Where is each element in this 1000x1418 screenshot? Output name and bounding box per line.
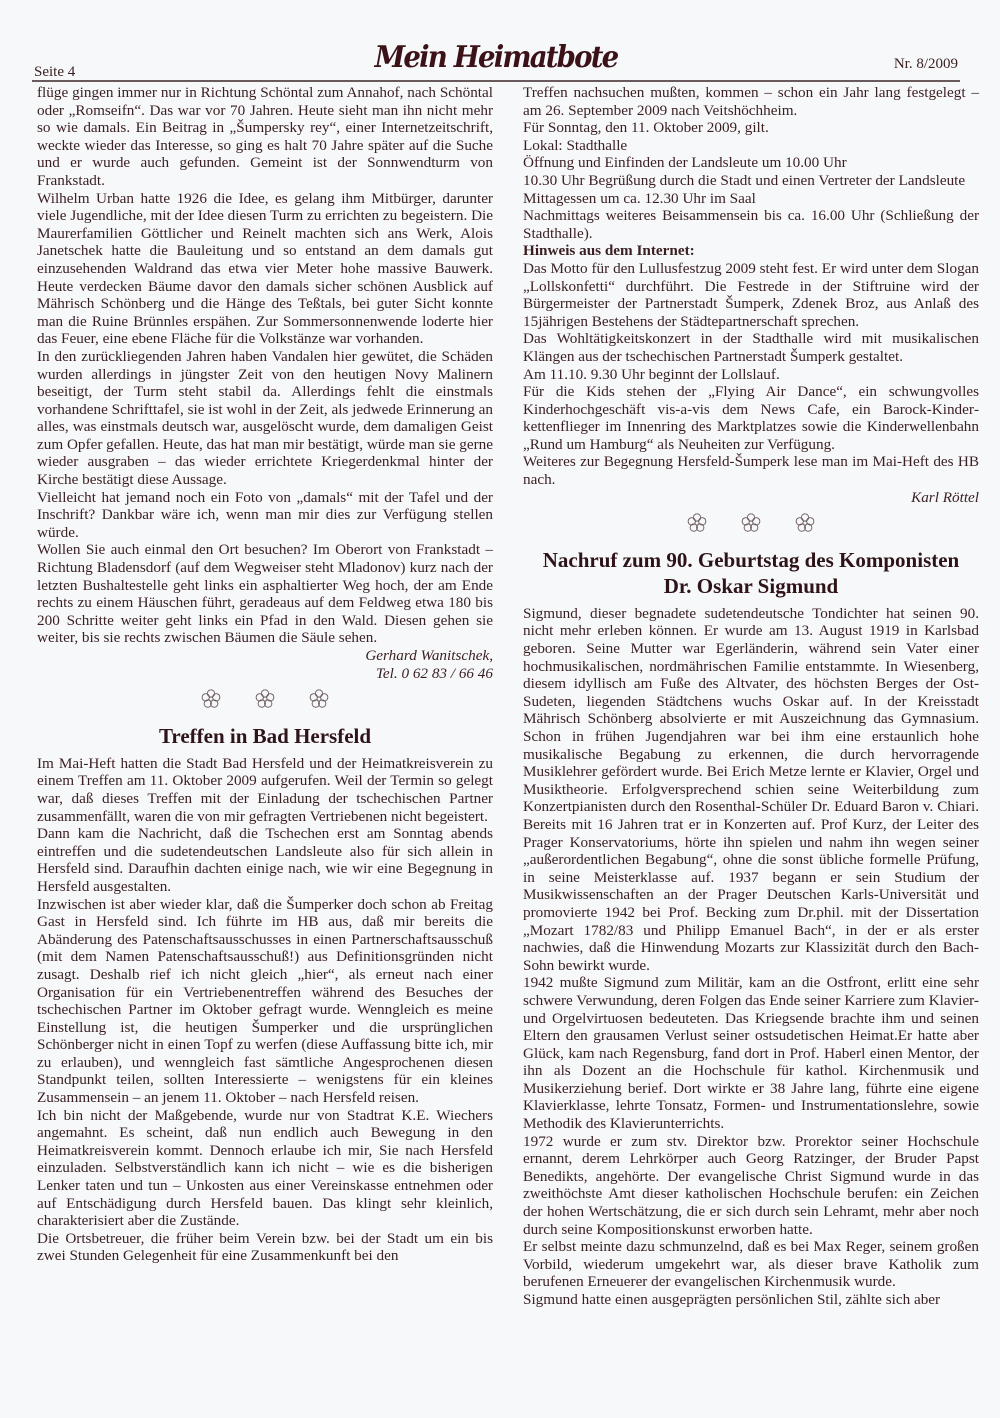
paragraph: Sigmund hatte einen ausgeprägten persönl… — [523, 1291, 979, 1309]
paragraph: Inzwischen ist aber wieder klar, daß die… — [37, 896, 493, 1107]
paragraph: Das Wohltätigkeitskonzert in der Stadtha… — [523, 330, 979, 365]
flower-ornament-icon — [308, 688, 330, 710]
paragraph: Dann kam die Nachricht, daß die Tscheche… — [37, 825, 493, 895]
paragraph: Für die Kids stehen der „Flying Air Danc… — [523, 383, 979, 453]
paragraph: Im Mai-Heft hatten die Stadt Bad Hersfel… — [37, 755, 493, 825]
flower-ornament-icon — [254, 688, 276, 710]
paragraph: Die Ortsbetreuer, die früher beim Verein… — [37, 1230, 493, 1265]
paragraph: Öffnung und Einfinden der Landsleute um … — [523, 154, 979, 172]
paragraph: 1972 wurde er zum stv. Direktor bzw. Pro… — [523, 1133, 979, 1239]
flower-ornament-icon — [200, 688, 222, 710]
right-column: Treffen nachsuchen mußten, kommen – scho… — [523, 84, 979, 1309]
newspaper-page: Seite 4 Mein Heimatbote Nr. 8/2009 flüge… — [0, 0, 1000, 1418]
paragraph: Wilhelm Urban hatte 1926 die Idee, es ge… — [37, 190, 493, 348]
paragraph: Am 11.10. 9.30 Uhr beginnt der Lollslauf… — [523, 366, 979, 384]
paragraph: Ich bin nicht der Maßgebende, wurde nur … — [37, 1107, 493, 1230]
paragraph: Lokal: Stadthalle — [523, 137, 979, 155]
paragraph: 1942 mußte Sigmund zum Militär, kam an d… — [523, 974, 979, 1132]
flower-ornament-icon — [686, 512, 708, 534]
paragraph: Sigmund, dieser begnadete sudetendeutsch… — [523, 605, 979, 974]
flower-ornament-icon — [794, 512, 816, 534]
paragraph: Er selbst meinte dazu schmunzelnd, daß e… — [523, 1238, 979, 1291]
left-column: flüge gingen immer nur in Richtung Schön… — [37, 84, 493, 1265]
masthead-title: Mein Heimatbote — [69, 40, 923, 75]
flower-ornament-icon — [740, 512, 762, 534]
paragraph: Für Sonntag, den 11. Oktober 2009, gilt. — [523, 119, 979, 137]
issue-number: Nr. 8/2009 — [894, 56, 958, 73]
paragraph: Treffen nachsuchen mußten, kommen – scho… — [523, 84, 979, 119]
author-signature: Gerhard Wanitschek, — [37, 647, 493, 665]
header-rule — [32, 80, 960, 82]
paragraph: 10.30 Uhr Begrüßung durch die Stadt und … — [523, 172, 979, 190]
author-signature: Karl Röttel — [523, 489, 979, 507]
paragraph: Vielleicht hat jemand noch ein Foto von … — [37, 489, 493, 542]
headline-line-2: Dr. Oskar Sigmund — [523, 573, 979, 599]
paragraph: Weiteres zur Begegnung Hersfeld-Šumperk … — [523, 453, 979, 488]
section-subheading: Hinweis aus dem Internet: — [523, 242, 979, 260]
author-phone: Tel. 0 62 83 / 66 46 — [37, 665, 493, 683]
paragraph: Mittagessen um ca. 12.30 Uhr im Saal — [523, 190, 979, 208]
article-headline: Treffen in Bad Hersfeld — [37, 723, 493, 749]
paragraph: Das Motto für den Lullusfestzug 2009 ste… — [523, 260, 979, 330]
headline-line-1: Nachruf zum 90. Geburtstag des Komponist… — [523, 547, 979, 573]
paragraph: In den zurückliegenden Jahren haben Vand… — [37, 348, 493, 489]
paragraph: Wollen Sie auch einmal den Ort besuchen?… — [37, 541, 493, 647]
ornament-divider — [37, 688, 493, 715]
paragraph: flüge gingen immer nur in Richtung Schön… — [37, 84, 493, 190]
article-headline: Nachruf zum 90. Geburtstag des Komponist… — [523, 547, 979, 599]
ornament-divider — [523, 512, 979, 539]
paragraph: Nachmittags weiteres Beisammensein bis c… — [523, 207, 979, 242]
